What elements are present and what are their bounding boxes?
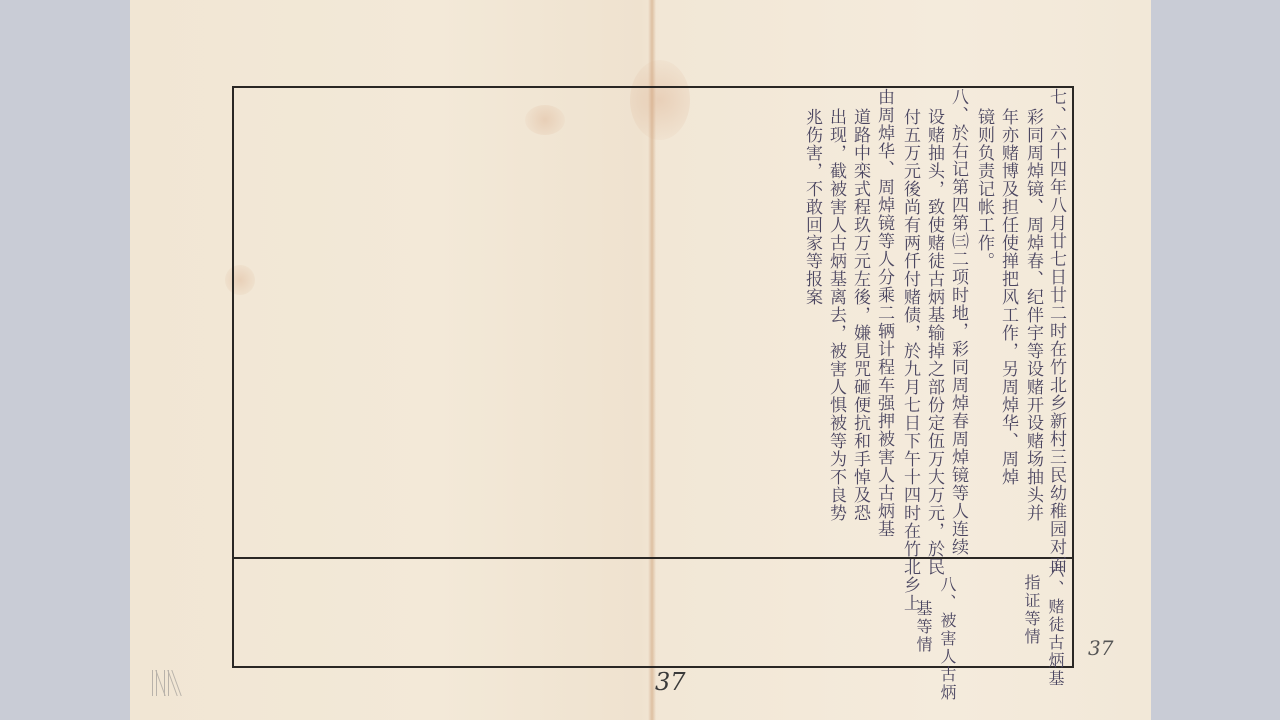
- note-column-4: 基等情: [914, 600, 932, 654]
- text-column-8: 由周焯华、周焯镜等人分乘二辆计程车强押被害人古炳基: [874, 88, 894, 538]
- note-column-3: 八、被害人古炳: [938, 576, 956, 702]
- text-column-9: 道路中栾式程玖万元左後，嫌見咒砸便抗和手悼及恐: [850, 108, 870, 522]
- text-column-10: 出现，截被害人古炳基离去，被害人惧被等为不良势: [826, 108, 846, 522]
- handwritten-notes: 六、赌徒古炳基 指证等情 八、被害人古炳 基等情: [910, 560, 1070, 666]
- text-column-7: 付五万元後尚有两仟付赌债，於九月七日下午十四时在竹北乡上: [900, 108, 920, 612]
- text-column-1: 七、六十四年八月廿七日廿二时在竹北乡新村三民幼稚园对面: [1046, 88, 1066, 574]
- watermark-logo: [152, 670, 177, 696]
- right-page-number: 37: [1088, 636, 1113, 660]
- note-column-1: 六、赌徒古炳基: [1046, 562, 1064, 688]
- center-page-number: 37: [655, 668, 686, 696]
- text-column-4: 镜则负责记帐工作。: [974, 108, 994, 270]
- text-column-2: 彩同周焯镜、周焯春、纪伴宇等设赌开设赌场抽头并: [1023, 108, 1043, 522]
- text-column-11: 兆伤害，不敢回家等报案: [802, 108, 822, 306]
- scanned-page-spread: 七、六十四年八月廿七日廿二时在竹北乡新村三民幼稚园对面 彩同周焯镜、周焯春、纪伴…: [130, 0, 1151, 720]
- note-column-2: 指证等情: [1022, 574, 1040, 646]
- text-column-5: 八、於右记第四第㈢二项时地，彩同周焯春周焯镜等人连续: [948, 88, 968, 556]
- handwritten-main-text: 七、六十四年八月廿七日廿二时在竹北乡新村三民幼稚园对面 彩同周焯镜、周焯春、纪伴…: [800, 88, 1070, 558]
- document-viewer: 七、六十四年八月廿七日廿二时在竹北乡新村三民幼稚园对面 彩同周焯镜、周焯春、纪伴…: [0, 0, 1280, 720]
- text-column-6: 设赌抽头，致使赌徒古炳基输掉之部份定伍万大万元，於民: [924, 108, 944, 576]
- text-column-3: 年亦赌博及担任使掸把风工作，另周焯华、周焯: [998, 108, 1018, 486]
